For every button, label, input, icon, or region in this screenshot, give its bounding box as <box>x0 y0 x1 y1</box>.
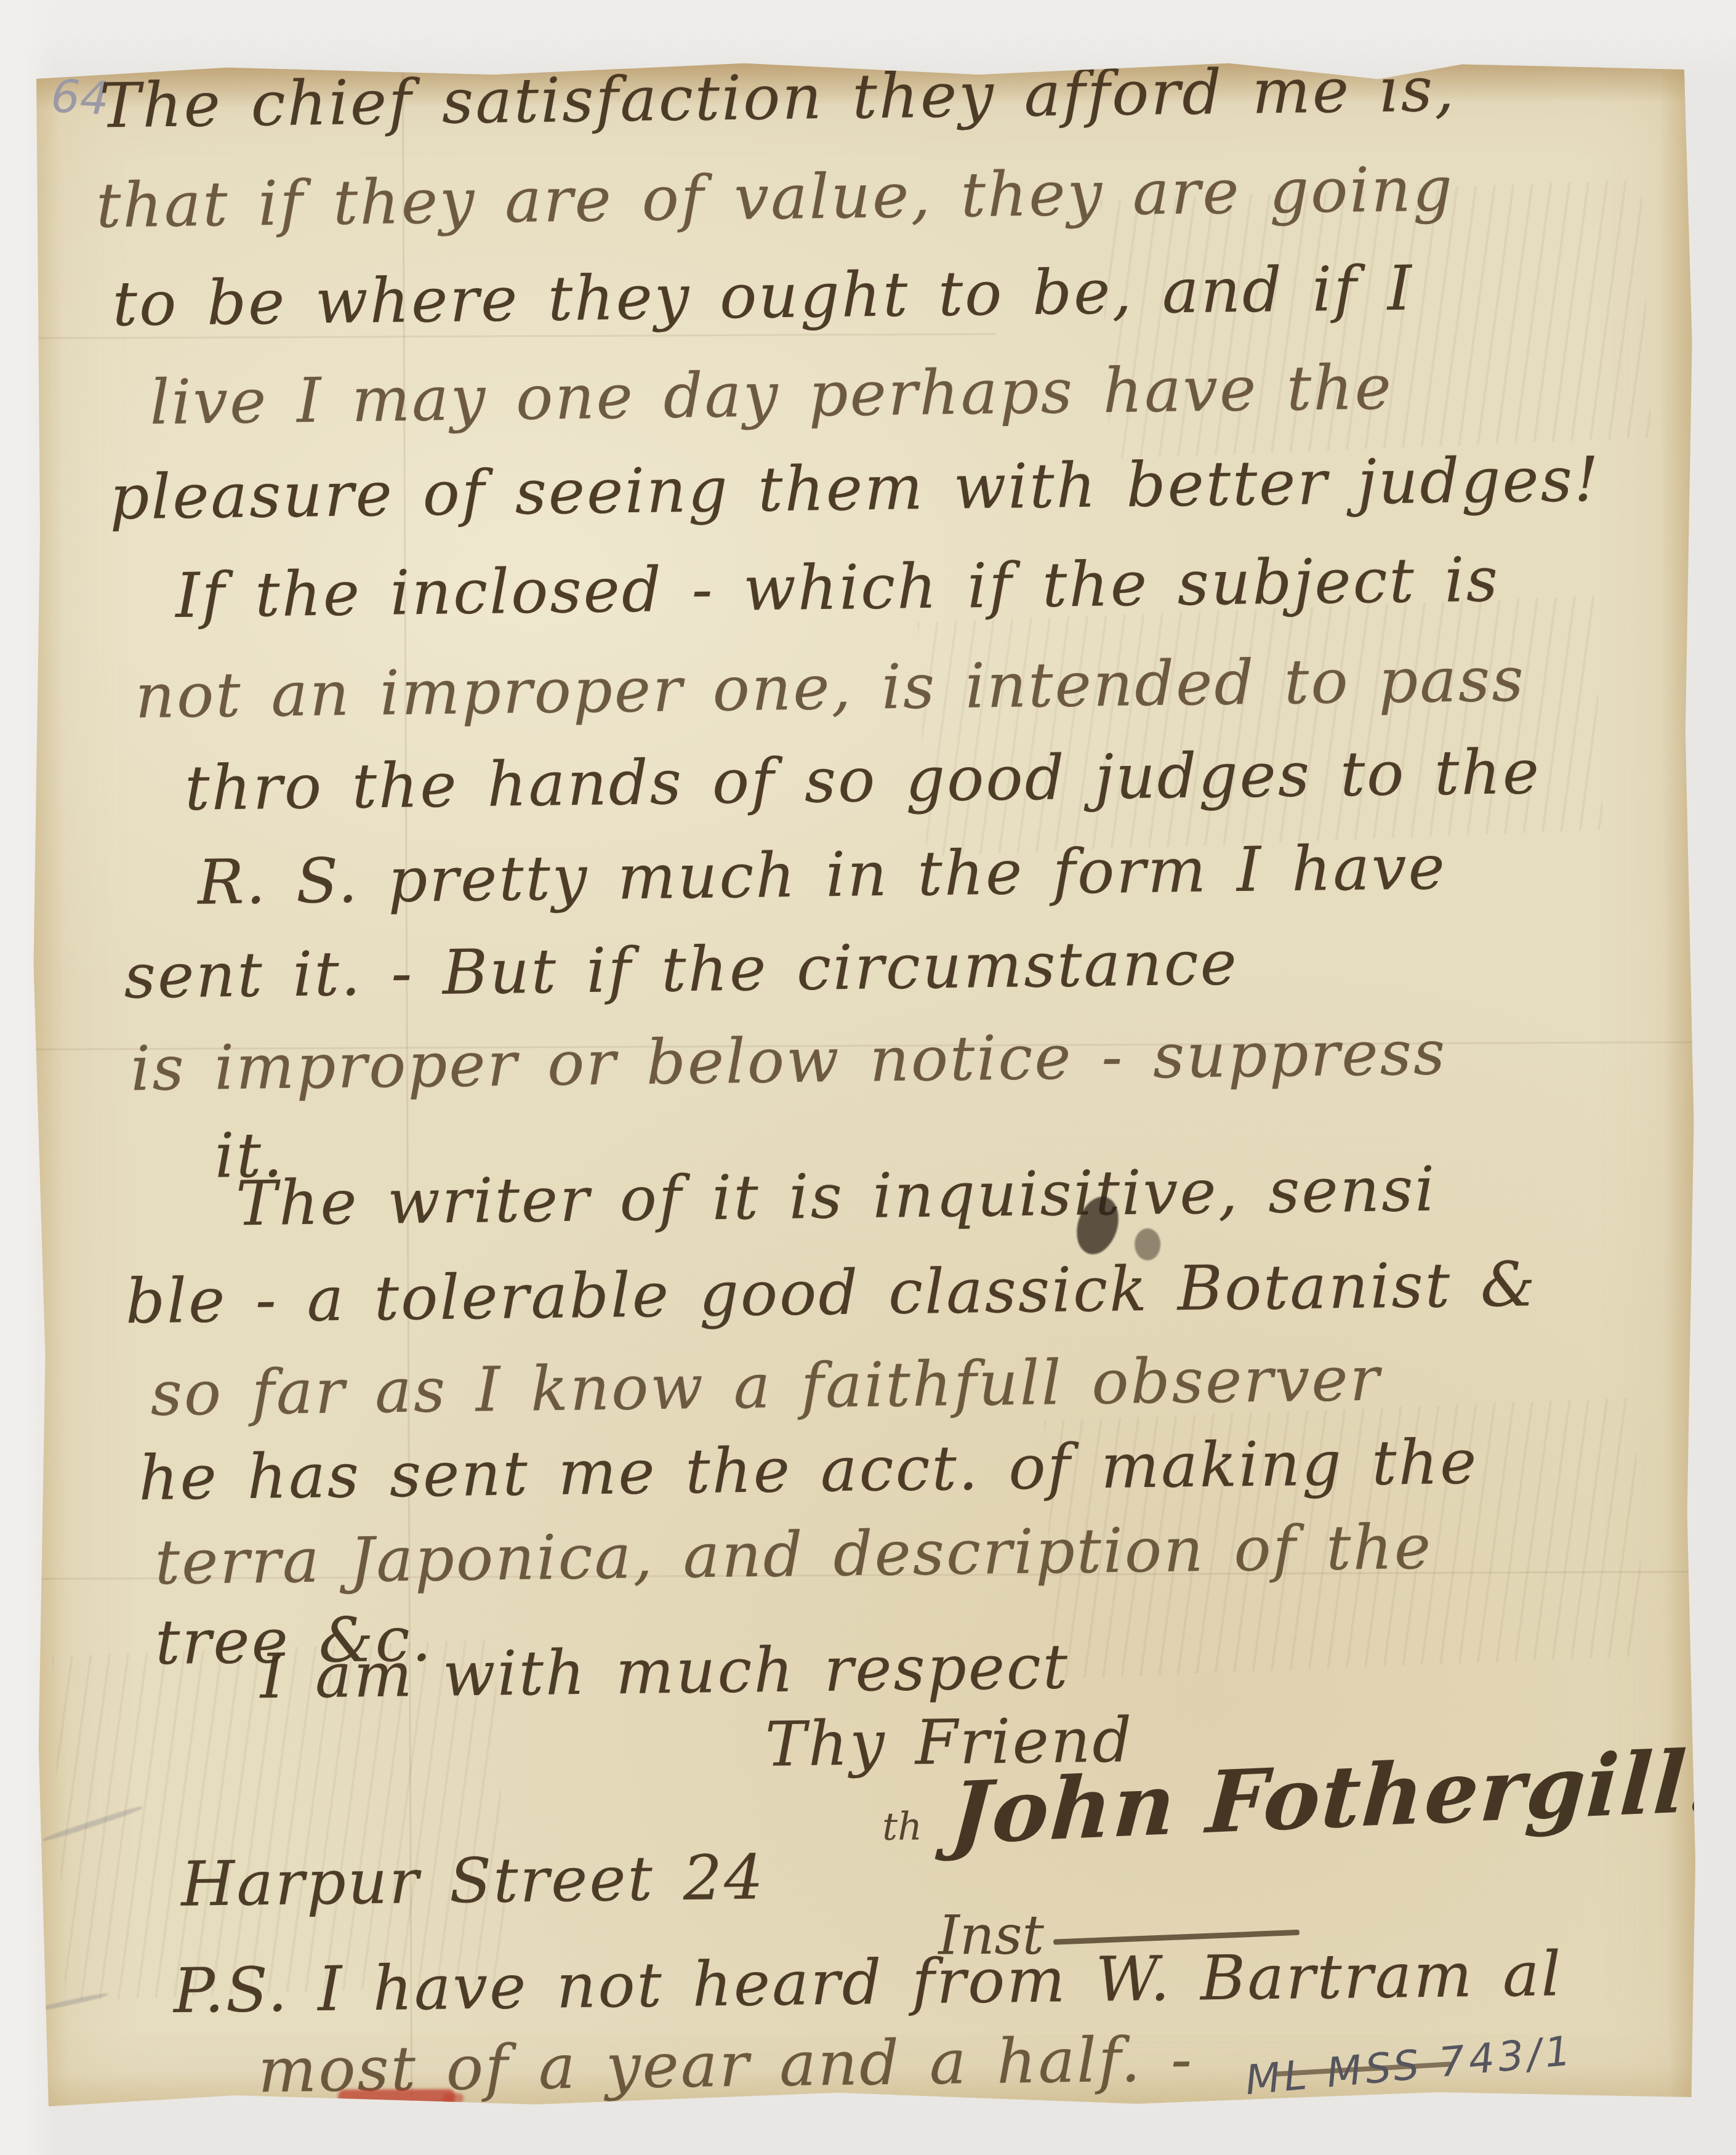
letter-paper: 64 The chief satisfaction they afford me… <box>26 53 1705 2117</box>
ink-blot <box>1135 1228 1160 1260</box>
manuscript-line: R. S. pretty much in the form I have <box>197 831 1447 919</box>
manuscript-line: live I may one day perhaps have the <box>150 351 1394 438</box>
manuscript-line: pleasure of seeing them with better judg… <box>110 443 1601 534</box>
manuscript-line: ble - a tolerable good classick Botanist… <box>125 1248 1537 1337</box>
closing-line: I am with much respect <box>260 1630 1070 1712</box>
manuscript-line: The writer of it is inquisitive, sensi <box>236 1153 1437 1240</box>
manuscript-line: is improper or below notice - suppress <box>131 1017 1447 1105</box>
manuscript-line: so far as I know a faithfull observer <box>150 1343 1381 1430</box>
dateline-day-suffix: th <box>882 1804 922 1849</box>
dateline-place-day: Harpur Street 24 <box>180 1841 765 1920</box>
manuscript-line: sent it. - But if the circumstance <box>124 927 1239 1012</box>
scanned-letter-page: { "document": { "kind": "handwritten man… <box>0 0 1736 2155</box>
ink-bleedthrough <box>917 596 1603 856</box>
